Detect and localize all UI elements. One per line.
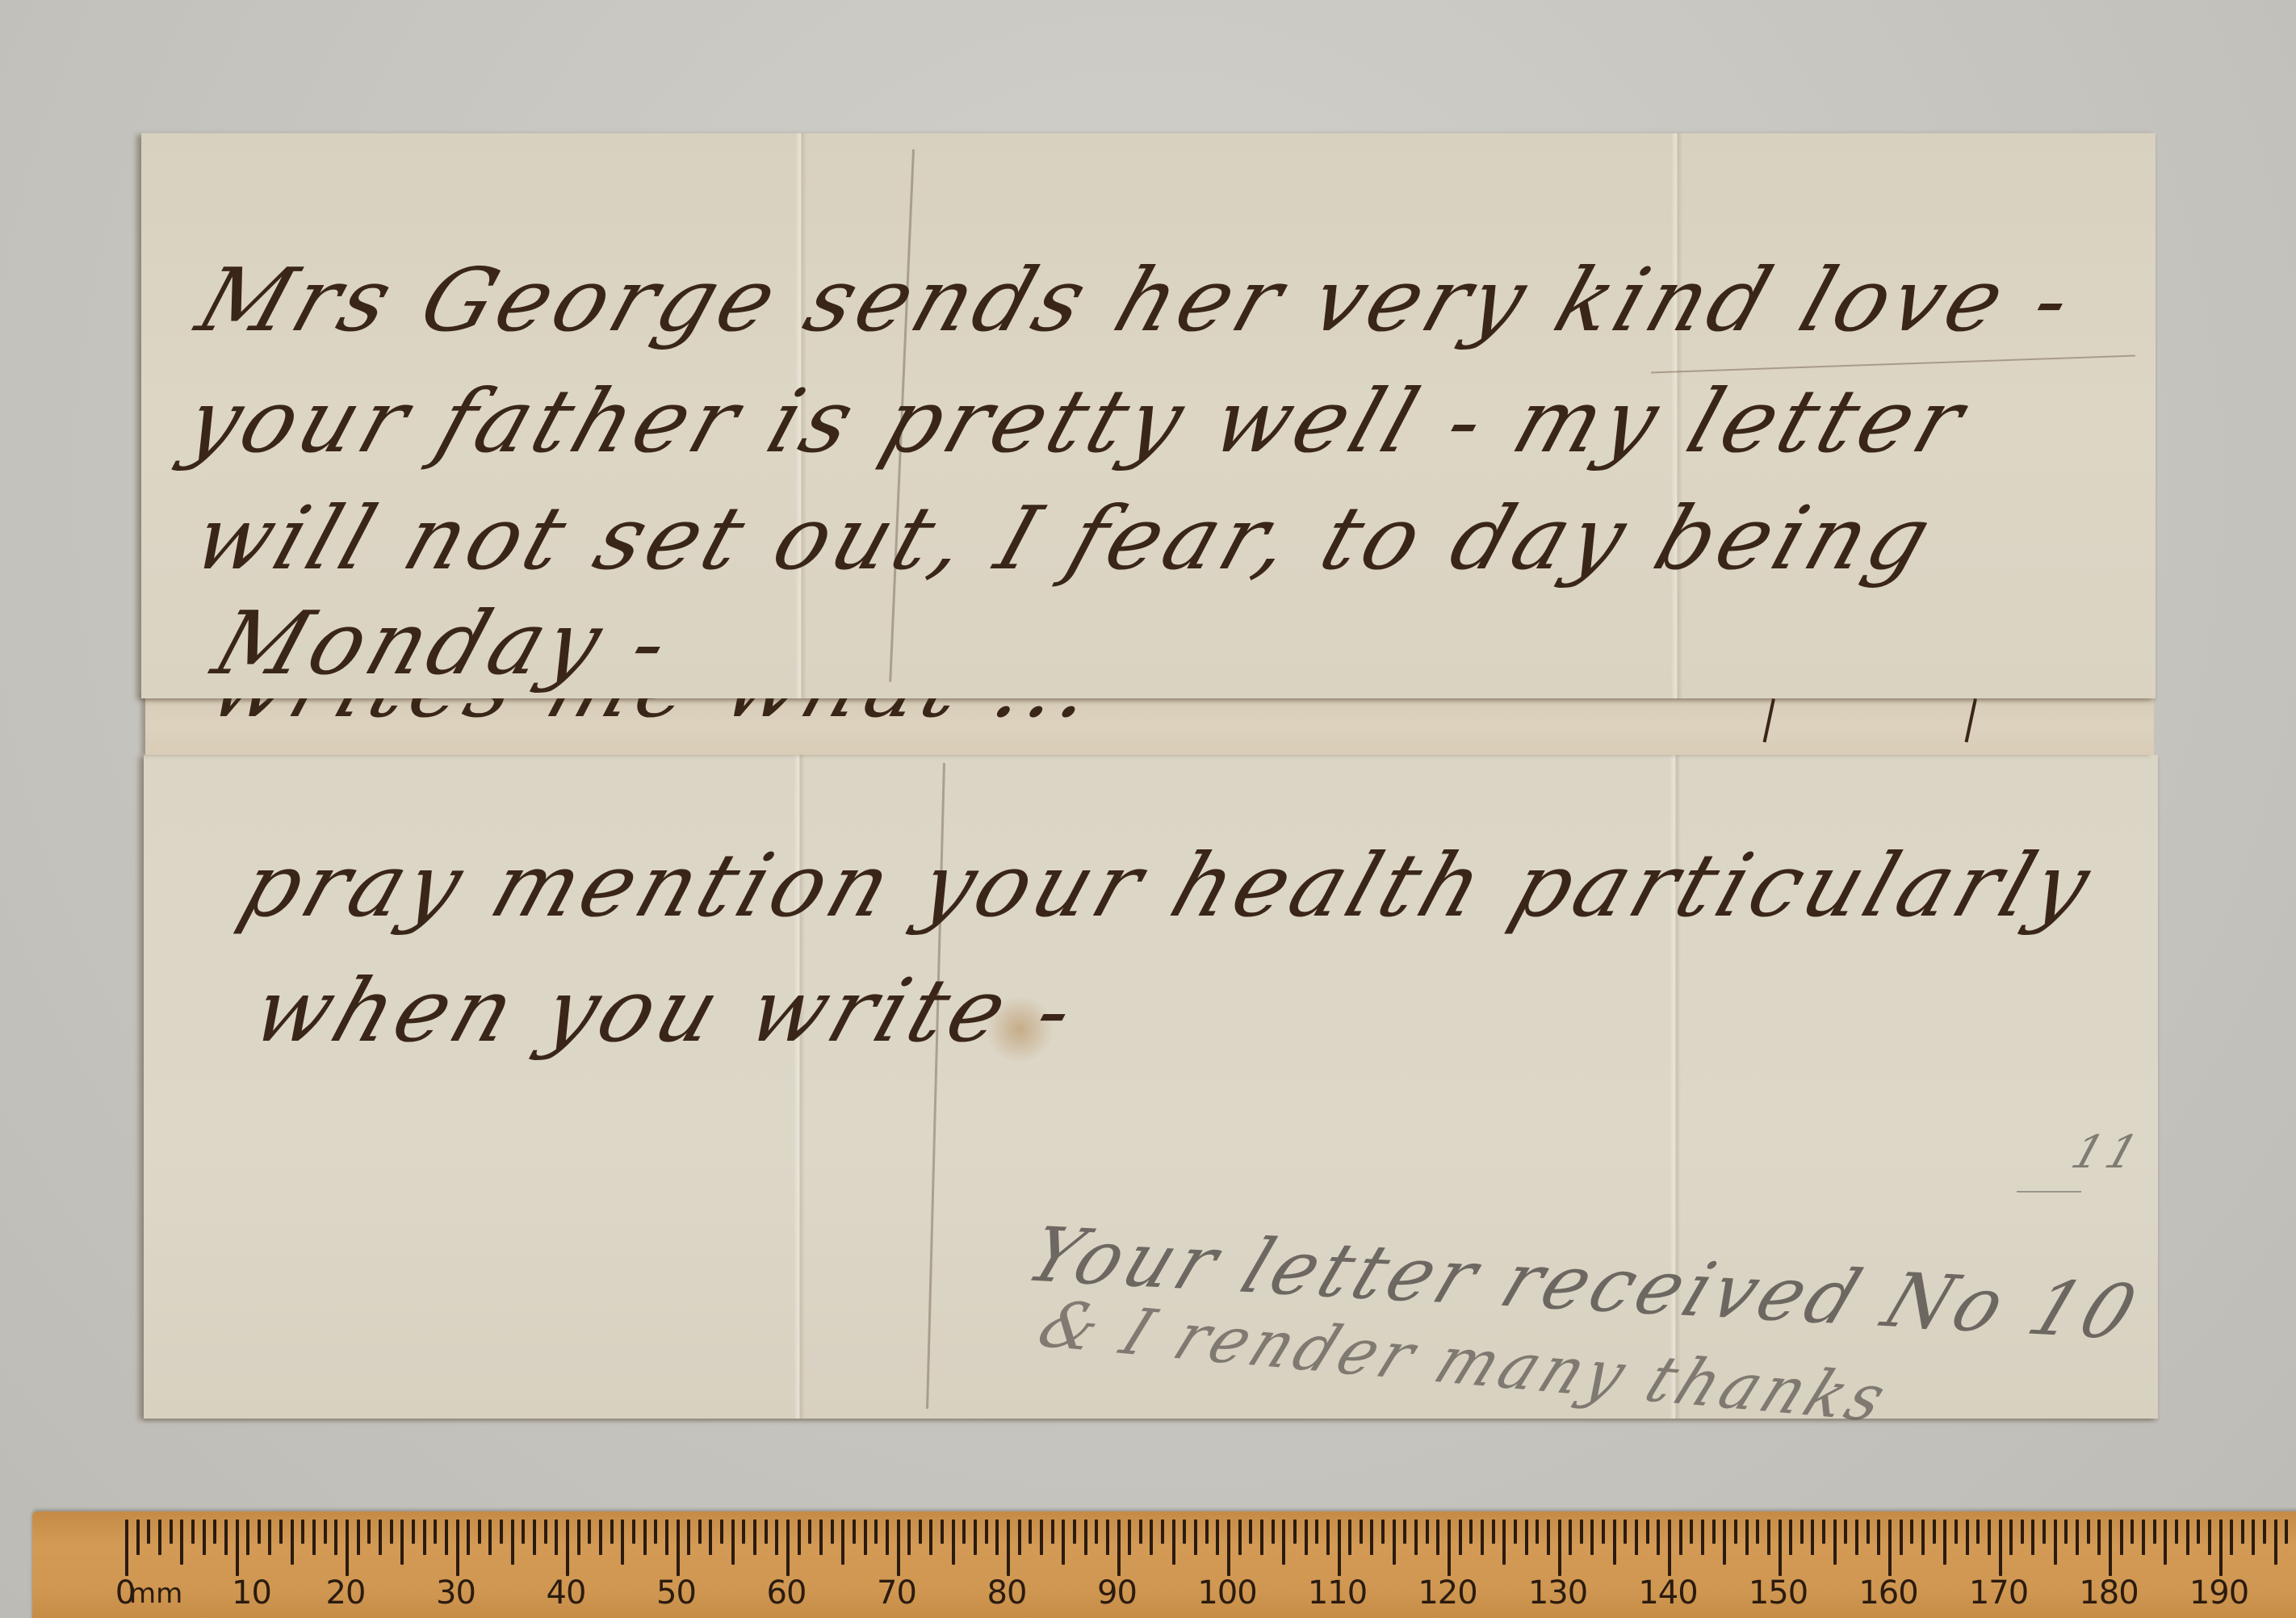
- ruler-tick: [1999, 1519, 2002, 1576]
- ruler-tick: [599, 1519, 602, 1555]
- ruler-tick: [709, 1519, 712, 1555]
- ruler-tick: [1976, 1519, 1980, 1544]
- ruler-tick: [488, 1519, 492, 1555]
- ruler-tick: [1844, 1519, 1847, 1544]
- ruler-label: 110: [1308, 1574, 1367, 1612]
- ruler-label: 20: [326, 1574, 366, 1612]
- ruler-tick: [1811, 1519, 1814, 1555]
- ruler-tick: [907, 1519, 911, 1555]
- ruler-tick: [2164, 1519, 2167, 1565]
- ruler-tick: [1370, 1519, 1373, 1555]
- ruler-tick: [203, 1519, 206, 1555]
- ruler-tick: [1403, 1519, 1406, 1544]
- ruler-tick: [1800, 1519, 1804, 1544]
- ruler-label: 160: [1858, 1574, 1917, 1612]
- ruler-tick: [974, 1519, 977, 1555]
- ruler-tick: [985, 1519, 988, 1544]
- ruler-tick: [412, 1519, 415, 1544]
- ruler-tick: [1943, 1519, 1946, 1565]
- ruler-tick: [2241, 1519, 2244, 1544]
- ruler-tick: [1668, 1519, 1671, 1576]
- ruler-tick: [2097, 1519, 2101, 1555]
- letter-line-3: will not set out, I fear, to day being: [182, 488, 1947, 589]
- ruler-tick: [125, 1519, 128, 1576]
- ruler-tick: [864, 1519, 867, 1555]
- ruler-tick: [367, 1519, 371, 1544]
- ruler-tick: [1481, 1519, 1484, 1555]
- ink-stroke: [1763, 698, 1775, 743]
- ruler-tick: [798, 1519, 801, 1555]
- ruler-tick: [1900, 1519, 1903, 1555]
- ruler-tick: [1469, 1519, 1473, 1544]
- ruler-tick: [1590, 1519, 1594, 1555]
- ruler-tick: [632, 1519, 635, 1544]
- ruler-tick: [1502, 1519, 1506, 1565]
- ruler-tick: [1205, 1519, 1209, 1544]
- ruler-tick: [1657, 1519, 1660, 1555]
- ruler-tick: [720, 1519, 723, 1544]
- ruler-tick: [522, 1519, 525, 1544]
- ruler-tick: [301, 1519, 304, 1544]
- ruler-tick: [390, 1519, 393, 1544]
- ruler-tick: [1955, 1519, 1958, 1544]
- ruler-label: 10: [232, 1574, 271, 1612]
- ruler-tick: [2064, 1519, 2068, 1544]
- ruler-tick: [1646, 1519, 1649, 1544]
- ruler-tick: [1315, 1519, 1318, 1544]
- ruler-tick: [2142, 1519, 2145, 1555]
- letter-line-1: Mrs George sends her very kind love -: [186, 250, 2088, 351]
- ruler-tick: [1536, 1519, 1539, 1544]
- ruler-tick: [1348, 1519, 1351, 1555]
- ruler-tick: [1150, 1519, 1153, 1555]
- ruler-tick: [258, 1519, 261, 1544]
- ruler-tick: [1007, 1519, 1010, 1576]
- ruler-tick: [1966, 1519, 1969, 1555]
- ruler-tick: [643, 1519, 647, 1555]
- ruler-tick: [1128, 1519, 1131, 1555]
- letter-fold-strip: writes me what ...: [145, 694, 2154, 755]
- ruler-tick: [2031, 1519, 2034, 1555]
- ruler-tick: [2131, 1519, 2134, 1544]
- ruler-tick: [357, 1519, 360, 1555]
- ruler-tick: [1338, 1519, 1341, 1576]
- ruler-tick: [610, 1519, 614, 1544]
- ruler-label: 0: [115, 1574, 135, 1612]
- ruler-tick: [2175, 1519, 2178, 1544]
- ruler-tick: [1436, 1519, 1439, 1555]
- ruler-tick: [136, 1519, 140, 1555]
- ruler-tick: [1448, 1519, 1451, 1576]
- ruler-tick: [147, 1519, 150, 1544]
- ruler-tick: [1701, 1519, 1704, 1555]
- ruler-tick: [962, 1519, 966, 1544]
- ruler-tick: [180, 1519, 183, 1565]
- ruler-tick: [170, 1519, 173, 1544]
- ruler-tick: [1547, 1519, 1550, 1555]
- ruler-tick: [2263, 1519, 2266, 1544]
- letter-upper-panel: Mrs George sends her very kind love - yo…: [141, 133, 2156, 698]
- ruler-tick: [158, 1519, 161, 1555]
- ruler-tick: [191, 1519, 195, 1544]
- ruler-label: 130: [1528, 1574, 1587, 1612]
- ruler-tick: [246, 1519, 249, 1555]
- ruler-label: 50: [656, 1574, 696, 1612]
- ruler-label: 140: [1638, 1574, 1697, 1612]
- ruler-tick: [268, 1519, 271, 1555]
- ruler-label: 190: [2189, 1574, 2248, 1612]
- pencil-fraction-numerator: 11: [2065, 1126, 2149, 1179]
- ruler-tick: [2285, 1519, 2288, 1544]
- ruler-tick: [995, 1519, 999, 1555]
- ruler-tick: [1029, 1519, 1032, 1544]
- ruler-tick: [1040, 1519, 1043, 1555]
- ruler-tick: [698, 1519, 702, 1544]
- ruler-label: 60: [767, 1574, 807, 1612]
- ruler-tick: [1867, 1519, 1870, 1544]
- ruler-tick: [2186, 1519, 2189, 1555]
- ruler-tick: [831, 1519, 834, 1544]
- ruler-label: 90: [1097, 1574, 1137, 1612]
- ruler-tick: [291, 1519, 294, 1565]
- ruler-tick: [456, 1519, 459, 1576]
- ruler-tick: [1249, 1519, 1252, 1544]
- ruler-tick: [621, 1519, 624, 1565]
- ruler-tick: [1117, 1519, 1121, 1576]
- ruler-tick: [1183, 1519, 1186, 1544]
- ruler-tick: [1888, 1519, 1892, 1576]
- ruler-tick: [500, 1519, 503, 1544]
- ruler-tick: [1921, 1519, 1925, 1555]
- ruler-tick: [1393, 1519, 1396, 1565]
- ruler-tick: [1910, 1519, 1913, 1544]
- ruler-tick: [1525, 1519, 1528, 1555]
- ruler-tick: [2230, 1519, 2233, 1555]
- ruler-tick: [677, 1519, 680, 1576]
- ruler-tick: [588, 1519, 591, 1544]
- ruler-tick: [566, 1519, 569, 1576]
- letter-lower-panel: pray mention your health particularly wh…: [144, 755, 2158, 1419]
- ruler-tick: [2252, 1519, 2255, 1555]
- ruler-tick: [2274, 1519, 2277, 1565]
- ruler-tick: [1216, 1519, 1219, 1555]
- ruler-tick: [346, 1519, 349, 1576]
- ruler-tick: [400, 1519, 404, 1565]
- ruler-tick: [1282, 1519, 1285, 1565]
- ruler-tick: [555, 1519, 558, 1555]
- ruler-tick: [808, 1519, 811, 1544]
- ruler-tick: [1558, 1519, 1561, 1576]
- ruler-tick: [742, 1519, 745, 1544]
- ruler-tick: [665, 1519, 668, 1555]
- ruler-tick: [2197, 1519, 2200, 1544]
- ruler-tick: [511, 1519, 514, 1565]
- ruler-tick: [1602, 1519, 1605, 1544]
- letter-line-5: pray mention your health particularly: [228, 836, 2106, 937]
- ruler-tick: [1194, 1519, 1197, 1555]
- ruler-tick: [544, 1519, 547, 1544]
- ruler-tick: [224, 1519, 228, 1555]
- ruler-tick: [236, 1519, 239, 1576]
- ruler-tick: [1822, 1519, 1825, 1544]
- ruler-tick: [1756, 1519, 1759, 1544]
- ruler-tick: [1106, 1519, 1109, 1555]
- ruler-tick: [1734, 1519, 1737, 1544]
- ruler-tick: [919, 1519, 922, 1544]
- ruler-tick: [379, 1519, 382, 1555]
- ruler-tick: [874, 1519, 878, 1544]
- ruler-tick: [1238, 1519, 1242, 1555]
- ruler-tick: [2087, 1519, 2090, 1544]
- ruler-tick: [445, 1519, 448, 1555]
- ruler-tick: [1459, 1519, 1462, 1555]
- ruler-tick: [478, 1519, 481, 1544]
- ruler-tick: [324, 1519, 327, 1544]
- ruler-tick: [1360, 1519, 1363, 1544]
- ruler-tick: [1877, 1519, 1880, 1555]
- ruler-label: 70: [877, 1574, 916, 1612]
- ruler-tick: [1260, 1519, 1263, 1555]
- ruler-tick: [312, 1519, 316, 1555]
- fraction-bar: [2017, 1191, 2081, 1193]
- ruler-tick: [2054, 1519, 2057, 1565]
- ruler-tick: [1272, 1519, 1275, 1544]
- letter-line-2: your father is pretty well - my letter: [174, 371, 1980, 472]
- ruler-label: 180: [2079, 1574, 2138, 1612]
- ruler-tick: [1326, 1519, 1330, 1555]
- ruler-tick: [2208, 1519, 2211, 1555]
- ruler-tick: [1580, 1519, 1583, 1544]
- ruler-tick: [2076, 1519, 2079, 1555]
- ink-stroke: [1965, 698, 1977, 743]
- ruler-unit-label: mm: [129, 1578, 182, 1610]
- ruler-tick: [952, 1519, 955, 1565]
- ruler-tick: [941, 1519, 944, 1544]
- ruler-tick: [279, 1519, 283, 1544]
- ruler-tick: [853, 1519, 856, 1544]
- ruler-label: 80: [987, 1574, 1027, 1612]
- ruler-tick: [886, 1519, 889, 1555]
- ruler-tick: [1690, 1519, 1693, 1544]
- ruler-tick: [1095, 1519, 1098, 1544]
- ruler-tick: [1305, 1519, 1308, 1555]
- letter-line-6: when you write -: [241, 961, 1091, 1062]
- ruler-tick: [1161, 1519, 1164, 1544]
- ruler-tick: [897, 1519, 900, 1576]
- ruler-tick: [2043, 1519, 2046, 1544]
- ruler-tick: [1779, 1519, 1782, 1576]
- ruler-tick: [1679, 1519, 1682, 1555]
- ruler-label: 30: [436, 1574, 476, 1612]
- ruler-tick: [1988, 1519, 1991, 1555]
- ruler-label: 170: [1969, 1574, 2028, 1612]
- ruler-tick: [434, 1519, 437, 1544]
- ruler-tick: [2021, 1519, 2024, 1544]
- ruler-tick: [2109, 1519, 2112, 1576]
- ruler-tick: [1414, 1519, 1418, 1555]
- ruler-tick: [1833, 1519, 1837, 1565]
- ruler-tick: [731, 1519, 735, 1565]
- ruler-tick: [765, 1519, 768, 1544]
- ruler-label: 150: [1749, 1574, 1808, 1612]
- ruler-tick: [775, 1519, 778, 1555]
- ruler-tick: [1426, 1519, 1429, 1544]
- ruler-tick: [2120, 1519, 2123, 1555]
- measurement-ruler: mm 0102030405060708090100110120130140150…: [32, 1511, 2296, 1618]
- ruler-tick: [841, 1519, 844, 1565]
- ruler-tick: [213, 1519, 216, 1544]
- ruler-tick: [577, 1519, 580, 1555]
- ruler-tick: [1933, 1519, 1936, 1544]
- ruler-tick: [1745, 1519, 1749, 1555]
- ruler-tick: [1293, 1519, 1297, 1544]
- ruler-tick: [1723, 1519, 1726, 1565]
- ruler-tick: [929, 1519, 932, 1555]
- ruler-tick: [1492, 1519, 1495, 1544]
- ruler-label: 40: [547, 1574, 586, 1612]
- ruler-tick: [1635, 1519, 1638, 1555]
- ruler-tick: [533, 1519, 536, 1555]
- ruler-tick: [1767, 1519, 1770, 1555]
- ruler-tick: [753, 1519, 756, 1555]
- ruler-tick: [1139, 1519, 1142, 1544]
- ruler-tick: [2009, 1519, 2013, 1555]
- ruler-tick: [1712, 1519, 1716, 1544]
- ruler-tick: [1855, 1519, 1858, 1555]
- ruler-tick: [334, 1519, 337, 1555]
- ruler-label: 100: [1197, 1574, 1256, 1612]
- ruler-tick: [1381, 1519, 1385, 1544]
- ruler-tick: [2153, 1519, 2156, 1544]
- ruler-tick: [1569, 1519, 1572, 1555]
- ruler-tick: [1018, 1519, 1021, 1555]
- ruler-tick: [467, 1519, 470, 1555]
- ruler-tick: [1613, 1519, 1616, 1565]
- ruler-tick: [1172, 1519, 1175, 1565]
- ruler-tick: [1084, 1519, 1087, 1555]
- ruler-tick: [1227, 1519, 1230, 1576]
- ruler-tick: [819, 1519, 823, 1555]
- ruler-tick: [1624, 1519, 1627, 1544]
- ruler-tick: [1073, 1519, 1076, 1544]
- ruler-tick: [423, 1519, 426, 1555]
- ruler-tick: [1514, 1519, 1517, 1544]
- ruler-tick: [1789, 1519, 1792, 1555]
- ruler-tick: [687, 1519, 690, 1555]
- ruler-tick: [786, 1519, 790, 1576]
- ruler-label: 120: [1418, 1574, 1477, 1612]
- letter-line-4: Monday -: [202, 593, 685, 694]
- ruler-tick: [2219, 1519, 2223, 1576]
- ruler-tick: [654, 1519, 657, 1544]
- ruler-tick: [1062, 1519, 1065, 1565]
- ruler-tick: [1051, 1519, 1054, 1544]
